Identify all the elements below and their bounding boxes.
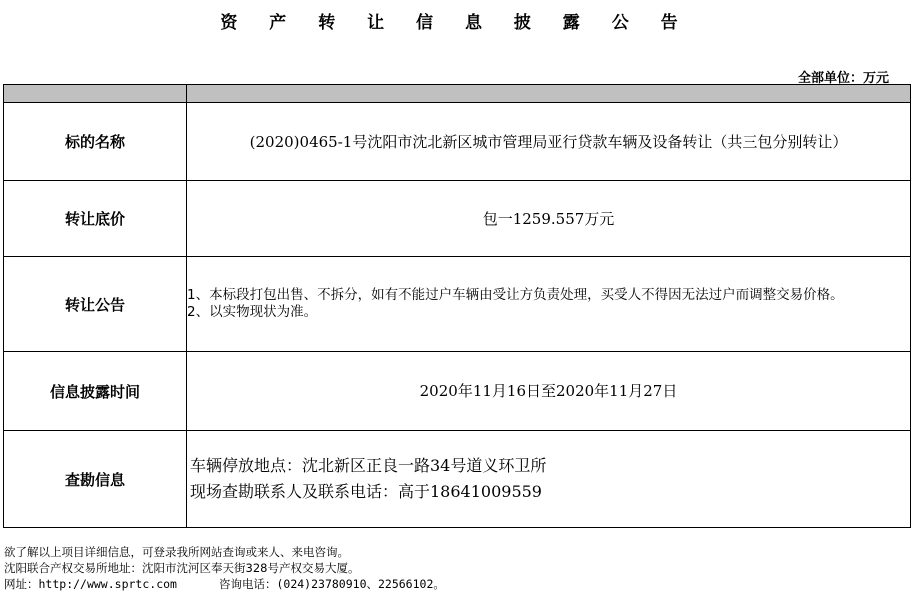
website-link[interactable]: http://www.sprtc.com — [39, 577, 177, 591]
table-header-row — [4, 85, 911, 103]
footer: 欲了解以上项目详细信息，可登录我所网站查询或来人、来电咨询。 沈阳联合产权交易所… — [4, 544, 445, 592]
notice-line: 1、本标段打包出售、不拆分，如有不能过户车辆由受让方负责处理，买受人不得因无法过… — [187, 287, 910, 304]
phone-value: (024)23780910、22566102。 — [276, 577, 444, 591]
table-row-transfer-notice: 转让公告 1、本标段打包出售、不拆分，如有不能过户车辆由受让方负责处理，买受人不… — [4, 257, 911, 352]
reserve-price-value: 包一1259.557万元 — [187, 181, 911, 257]
notice-line: 2、以实物现状为准。 — [187, 304, 910, 321]
website-label: 网址： — [4, 577, 39, 591]
subject-name-value: (2020)0465-1号沈阳市沈北新区城市管理局亚行贷款车辆及设备转让（共三包… — [187, 103, 911, 181]
table-row-inspection-info: 查勘信息 车辆停放地点：沈北新区正良一路34号道义环卫所 现场查勘联系人及联系电… — [4, 431, 911, 528]
footer-line-inquiry: 欲了解以上项目详细信息，可登录我所网站查询或来人、来电咨询。 — [4, 544, 445, 560]
inspection-info-value: 车辆停放地点：沈北新区正良一路34号道义环卫所 现场查勘联系人及联系电话：高于1… — [187, 431, 911, 528]
inspection-line: 车辆停放地点：沈北新区正良一路34号道义环卫所 — [187, 453, 910, 479]
table-row-disclosure-period: 信息披露时间 2020年11月16日至2020年11月27日 — [4, 352, 911, 431]
disclosure-table: 标的名称 (2020)0465-1号沈阳市沈北新区城市管理局亚行贷款车辆及设备转… — [3, 84, 911, 528]
header-cell-label — [4, 85, 187, 103]
inspection-line: 现场查勘联系人及联系电话：高于18641009559 — [187, 479, 910, 505]
header-cell-value — [187, 85, 911, 103]
row-label: 转让底价 — [4, 181, 187, 257]
footer-line-address: 沈阳联合产权交易所地址：沈阳市沈河区奉天街328号产权交易大厦。 — [4, 560, 445, 576]
footer-line-contact: 网址：http://www.sprtc.com咨询电话：(024)2378091… — [4, 576, 445, 592]
table-row-reserve-price: 转让底价 包一1259.557万元 — [4, 181, 911, 257]
row-label: 信息披露时间 — [4, 352, 187, 431]
disclosure-period-value: 2020年11月16日至2020年11月27日 — [187, 352, 911, 431]
row-label: 查勘信息 — [4, 431, 187, 528]
row-label: 转让公告 — [4, 257, 187, 352]
row-label: 标的名称 — [4, 103, 187, 181]
table-row-subject-name: 标的名称 (2020)0465-1号沈阳市沈北新区城市管理局亚行贷款车辆及设备转… — [4, 103, 911, 181]
phone-label: 咨询电话： — [219, 577, 277, 591]
page-title: 资 产 转 让 信 息 披 露 公 告 — [0, 8, 911, 33]
transfer-notice-value: 1、本标段打包出售、不拆分，如有不能过户车辆由受让方负责处理，买受人不得因无法过… — [187, 257, 911, 352]
